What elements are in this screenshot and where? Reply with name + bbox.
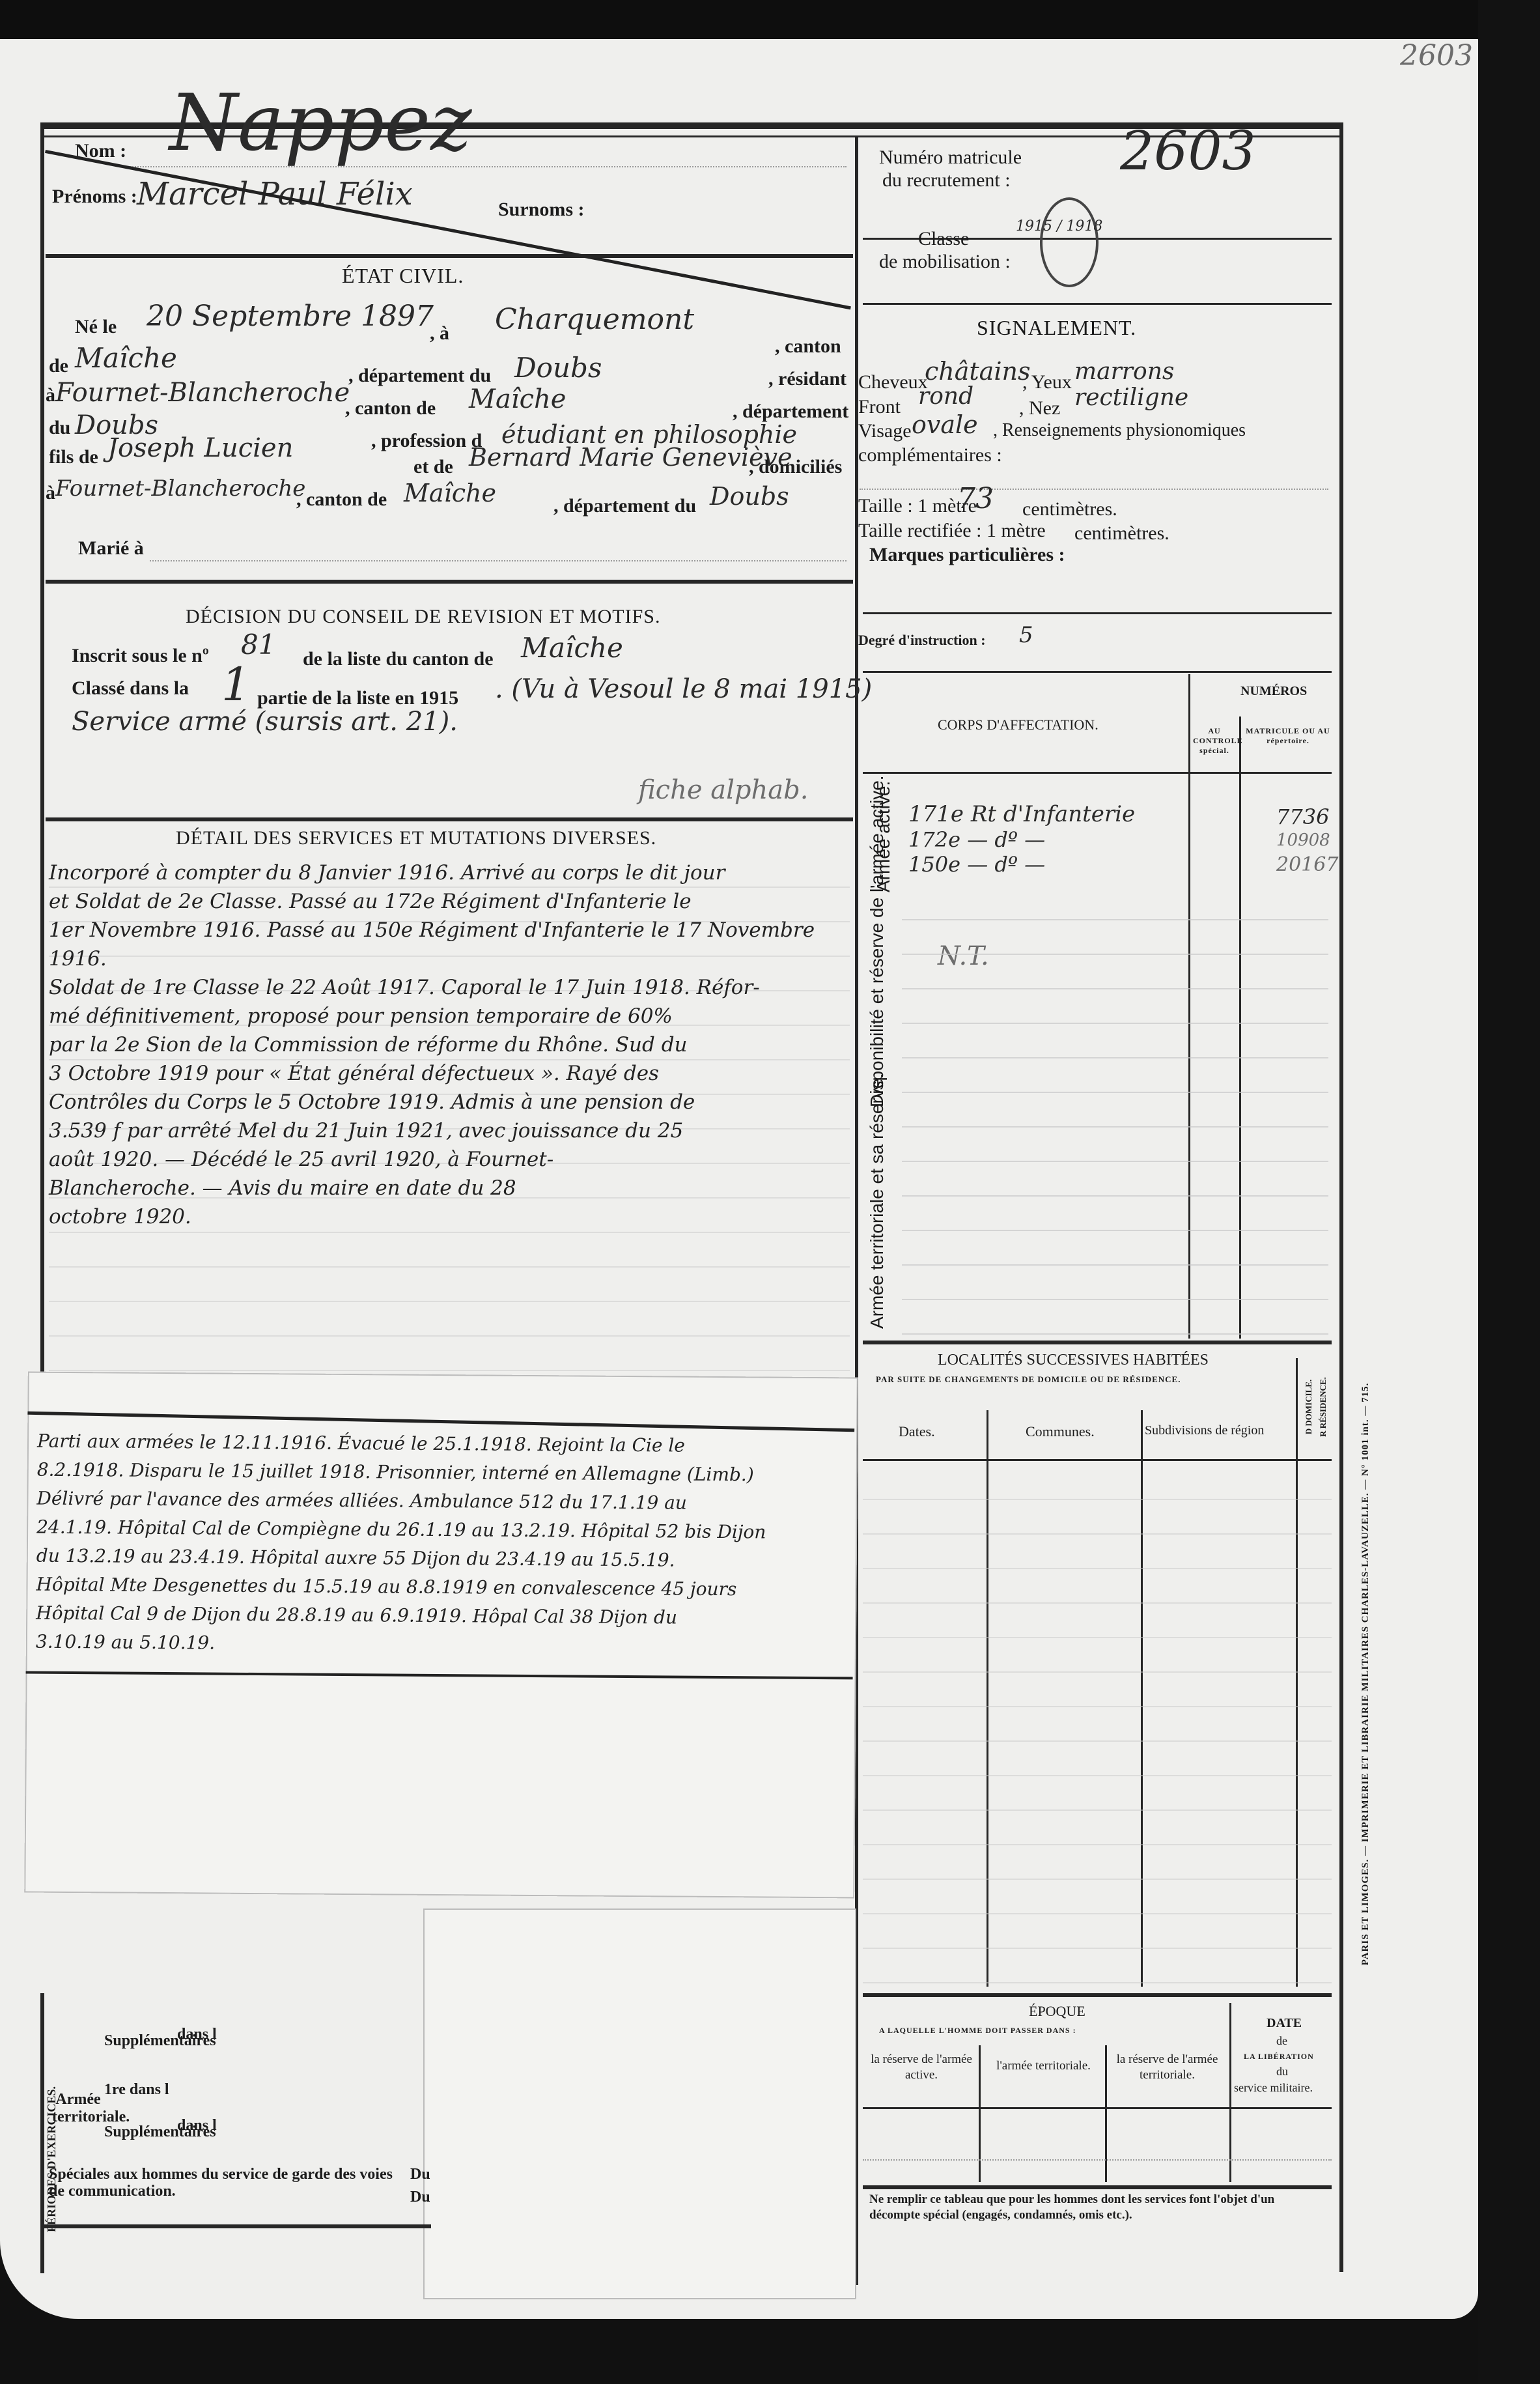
margin-note: fiche alphab. — [638, 775, 808, 805]
matricule-row-2: 10908 — [1276, 830, 1330, 850]
rule-after-corps — [863, 1341, 1332, 1344]
rule-after-etat-civil — [46, 580, 853, 584]
slip-line: 3.10.19 au 5.10.19. — [36, 1628, 850, 1662]
decision-note: . (Vu à Vesoul le 8 mai 1915) — [495, 674, 872, 704]
classe-value: 1915 / 1918 — [1016, 218, 1102, 234]
rule-after-names — [46, 254, 853, 258]
liste-value: Maîche — [521, 632, 623, 664]
armee-territoriale-label: Armée territoriale. — [52, 2091, 104, 2126]
service-value: Service armé (sursis art. 21). — [72, 707, 458, 737]
yeux-value: marrons — [1074, 358, 1174, 385]
corps-row-3: 150e — dº — — [908, 852, 1045, 877]
instruction-label: Degré d'instruction : — [858, 632, 986, 649]
residence-header: R RÉSIDENCE. — [1317, 1358, 1330, 1456]
rule-after-signalement — [863, 612, 1332, 614]
services-line: Blancheroche. — Avis du maire en date du… — [49, 1174, 850, 1202]
controle-header: AU CONTROLE spécial. — [1193, 726, 1236, 756]
marie-line — [150, 560, 847, 561]
prenoms-label: Prénoms : — [52, 186, 137, 208]
rule-after-localites — [863, 1993, 1332, 1997]
services-line: par la 2e Sion de la Commission de réfor… — [49, 1030, 850, 1059]
date-liberation: LA LIBÉRATION — [1244, 2052, 1314, 2062]
numeros-header: NUMÉROS — [1240, 684, 1307, 699]
birth-place: Charquemont — [495, 303, 694, 336]
centimetres2-label: centimètres. — [1074, 522, 1169, 545]
cheveux-value: châtains — [925, 357, 1030, 386]
a-label: , à — [430, 322, 449, 345]
complementaires-line — [860, 489, 1328, 490]
a3-label: à — [46, 482, 55, 504]
localites-title: LOCALITÉS SUCCESSIVES HABITÉES — [938, 1352, 1209, 1369]
corps-ruled-lines — [902, 886, 1328, 1335]
speciales-label: Spéciales aux hommes du service de garde… — [49, 2166, 400, 2200]
corner-note: 2603 — [1400, 39, 1473, 72]
partie-label: partie de la liste en 1915 — [257, 687, 458, 709]
complementaires-label: complémentaires : — [858, 444, 1002, 466]
centimetres-label: centimètres. — [1022, 498, 1117, 520]
epoque-col-territoriale: l'armée territoriale. — [983, 2058, 1104, 2074]
nez-value: rectiligne — [1074, 384, 1188, 411]
father-name: Joseph Lucien — [107, 433, 293, 463]
matricule-value: 2603 — [1120, 121, 1256, 182]
date-de: de — [1276, 2034, 1287, 2048]
surnoms-label: Surnoms : — [498, 199, 585, 221]
mother-name: Bernard Marie Geneviève — [469, 443, 792, 472]
corps-header: CORPS D'AFFECTATION. — [938, 717, 1099, 733]
fils-de-label: fils de — [49, 446, 98, 468]
date-du: du — [1276, 2065, 1288, 2079]
dans-1: dans l — [177, 2026, 217, 2043]
yeux-label: , Yeux — [1022, 371, 1072, 393]
nez-label: , Nez — [1019, 397, 1060, 419]
matricule-label-2: du recrutement : — [882, 169, 1011, 192]
renseignements-label: , Renseignements physionomiques — [993, 420, 1246, 441]
localites-subtitle: PAR SUITE DE CHANGEMENTS DE DOMICILE OU … — [876, 1374, 1181, 1385]
du-1: Du — [410, 2166, 430, 2183]
du-label: du — [49, 417, 70, 439]
communes-header: Communes. — [1026, 1423, 1095, 1440]
slip-bottom-rule — [26, 1671, 853, 1680]
dans-2: dans l — [177, 2117, 217, 2135]
visage-value: ovale — [912, 410, 978, 439]
section-territoriale: Armée territoriale et sa réserve. — [866, 1146, 888, 1329]
a2-label: à — [46, 384, 55, 406]
classe-dans-label: Classé dans la — [72, 677, 189, 700]
register-page: 2603 Nom : Nappez Prénoms : Marcel Paul … — [0, 39, 1478, 2319]
nom-line — [130, 166, 847, 167]
classe-label-1: Classe — [918, 228, 969, 250]
parents-departement: Doubs — [710, 482, 789, 511]
premiere-dans: 1re dans l — [104, 2081, 169, 2099]
services-line: 3 Octobre 1919 pour « État général défec… — [49, 1059, 850, 1088]
departement-label: , département du — [348, 365, 491, 387]
scan-right-shadow — [1478, 0, 1540, 2384]
parents-domicile: Fournet-Blancheroche — [55, 475, 305, 502]
de-label: de — [49, 355, 68, 377]
services-line: 3.539 f par arrêté Mel du 21 Juin 1921, … — [49, 1116, 850, 1145]
services-line: et Soldat de 2e Classe. Passé au 172e Ré… — [49, 887, 850, 916]
rule-after-instruction — [863, 671, 1332, 673]
classe-label-2: de mobilisation : — [879, 251, 1011, 273]
epoque-col-1 — [979, 2045, 981, 2182]
etat-civil-title: ÉTAT CIVIL. — [342, 264, 464, 288]
date-title: DATE — [1267, 2016, 1302, 2031]
classe-rule — [863, 303, 1332, 305]
taille-value: 73 — [957, 482, 994, 515]
domicile-header: D DOMICILE. — [1302, 1358, 1315, 1456]
departement2-label: , département — [733, 401, 848, 423]
inscrit-value: 81 — [241, 629, 275, 660]
residence-canton: Maîche — [469, 384, 566, 414]
services-line: Soldat de 1re Classe le 22 Août 1917. Ca… — [49, 973, 850, 1002]
instruction-value: 5 — [1019, 622, 1033, 648]
front-value: rond — [918, 383, 973, 410]
visage-label: Visage — [858, 420, 912, 442]
parents-canton: Maîche — [404, 479, 496, 507]
canton3-label: , canton de — [296, 489, 387, 511]
matricule-header: MATRICULE OU AU répertoire. — [1242, 726, 1334, 746]
classe-partie-value: 1 — [221, 658, 251, 711]
corps-row-1: 171e Rt d'Infanterie — [908, 801, 1135, 827]
blank-slip — [423, 1909, 856, 2299]
services-line: Contrôles du Corps le 5 Octobre 1919. Ad… — [49, 1088, 850, 1116]
decision-title: DÉCISION DU CONSEIL DE REVISION ET MOTIF… — [186, 606, 661, 628]
epoque-title: ÉPOQUE — [1029, 2003, 1085, 2020]
epoque-col-3 — [1229, 2003, 1231, 2182]
epoque-note: Ne remplir ce tableau que pour les homme… — [869, 2192, 1325, 2223]
dates-header: Dates. — [899, 1423, 935, 1440]
departement3-label: , département du — [553, 495, 696, 517]
corps-row-2: 172e — dº — — [908, 827, 1045, 852]
localites-ruled-lines — [863, 1466, 1332, 1987]
profession-label: , profession d — [371, 430, 482, 452]
localites-header-rule — [863, 1459, 1332, 1461]
epoque-col-reserve-territoriale: la réserve de l'armée territoriale. — [1107, 2052, 1227, 2083]
residence: Fournet-Blancheroche — [55, 378, 350, 408]
domicilies-label: , domiciliés — [749, 456, 842, 478]
mobilisation-stamp — [1040, 197, 1099, 287]
epoque-header-rule — [863, 2107, 1332, 2109]
marques-label: Marques particulières : — [869, 544, 1065, 566]
services-line: 1er Novembre 1916. Passé au 150e Régimen… — [49, 916, 850, 973]
right-border — [1339, 122, 1343, 2272]
matricule-label-1: Numéro matricule — [879, 147, 1022, 169]
matricule-row-3: 20167 — [1276, 853, 1338, 876]
marie-label: Marié à — [78, 537, 144, 560]
epoque-bottom-rule — [863, 2185, 1332, 2189]
birth-canton: Maîche — [75, 342, 177, 374]
subdivisions-header: Subdivisions de région — [1145, 1423, 1264, 1438]
cheveux-label: Cheveux — [858, 371, 928, 393]
et-de-label: et de — [413, 456, 453, 478]
services-line: Incorporé à compter du 8 Janvier 1916. A… — [49, 859, 850, 887]
taille-rectifiee-label: Taille rectifiée : 1 mètre — [858, 520, 1046, 542]
residant-label: , résidant — [768, 368, 847, 390]
printer-imprint: PARIS ET LIMOGES. — IMPRIMERIE ET LIBRAI… — [1354, 1342, 1377, 2006]
rule-after-decision — [46, 817, 853, 821]
services-line: mé définitivement, proposé pour pension … — [49, 1002, 850, 1030]
du-2: Du — [410, 2189, 430, 2206]
services-title: DÉTAIL DES SERVICES ET MUTATIONS DIVERSE… — [176, 827, 656, 849]
date-service: service militaire. — [1234, 2081, 1313, 2095]
epoque-dotted-row — [863, 2159, 1332, 2161]
pasted-slip: Parti aux armées le 12.11.1916. Évacué l… — [24, 1372, 858, 1899]
matricule-row-1: 7736 — [1276, 804, 1329, 829]
epoque-subtitle: A LAQUELLE L'HOMME DOIT PASSER DANS : — [879, 2026, 1076, 2036]
services-line: août 1920. — Décédé le 25 avril 1920, à … — [49, 1145, 850, 1174]
birth-date: 20 Septembre 1897 — [147, 300, 434, 333]
canton2-label: , canton de — [345, 397, 436, 419]
front-label: Front — [858, 396, 901, 418]
exercices-bottom-rule — [40, 2224, 431, 2228]
slip-text: Parti aux armées le 12.11.1916. Évacué l… — [36, 1427, 851, 1662]
liste-label: de la liste du canton de — [303, 648, 494, 670]
birth-departement: Doubs — [514, 352, 602, 384]
ne-le-label: Né le — [75, 316, 117, 338]
signalement-title: SIGNALEMENT. — [977, 316, 1136, 340]
services-line: octobre 1920. — [49, 1202, 850, 1231]
exercices-left-border — [40, 1993, 44, 2273]
inscrit-label: Inscrit sous le nº — [72, 645, 209, 667]
epoque-col-reserve-active: la réserve de l'armée active. — [866, 2052, 977, 2083]
canton-label: , canton — [775, 335, 841, 358]
services-text: Incorporé à compter du 8 Janvier 1916. A… — [49, 859, 850, 1231]
nom-value: Nappez — [169, 78, 471, 169]
corps-header-rule — [863, 772, 1332, 774]
